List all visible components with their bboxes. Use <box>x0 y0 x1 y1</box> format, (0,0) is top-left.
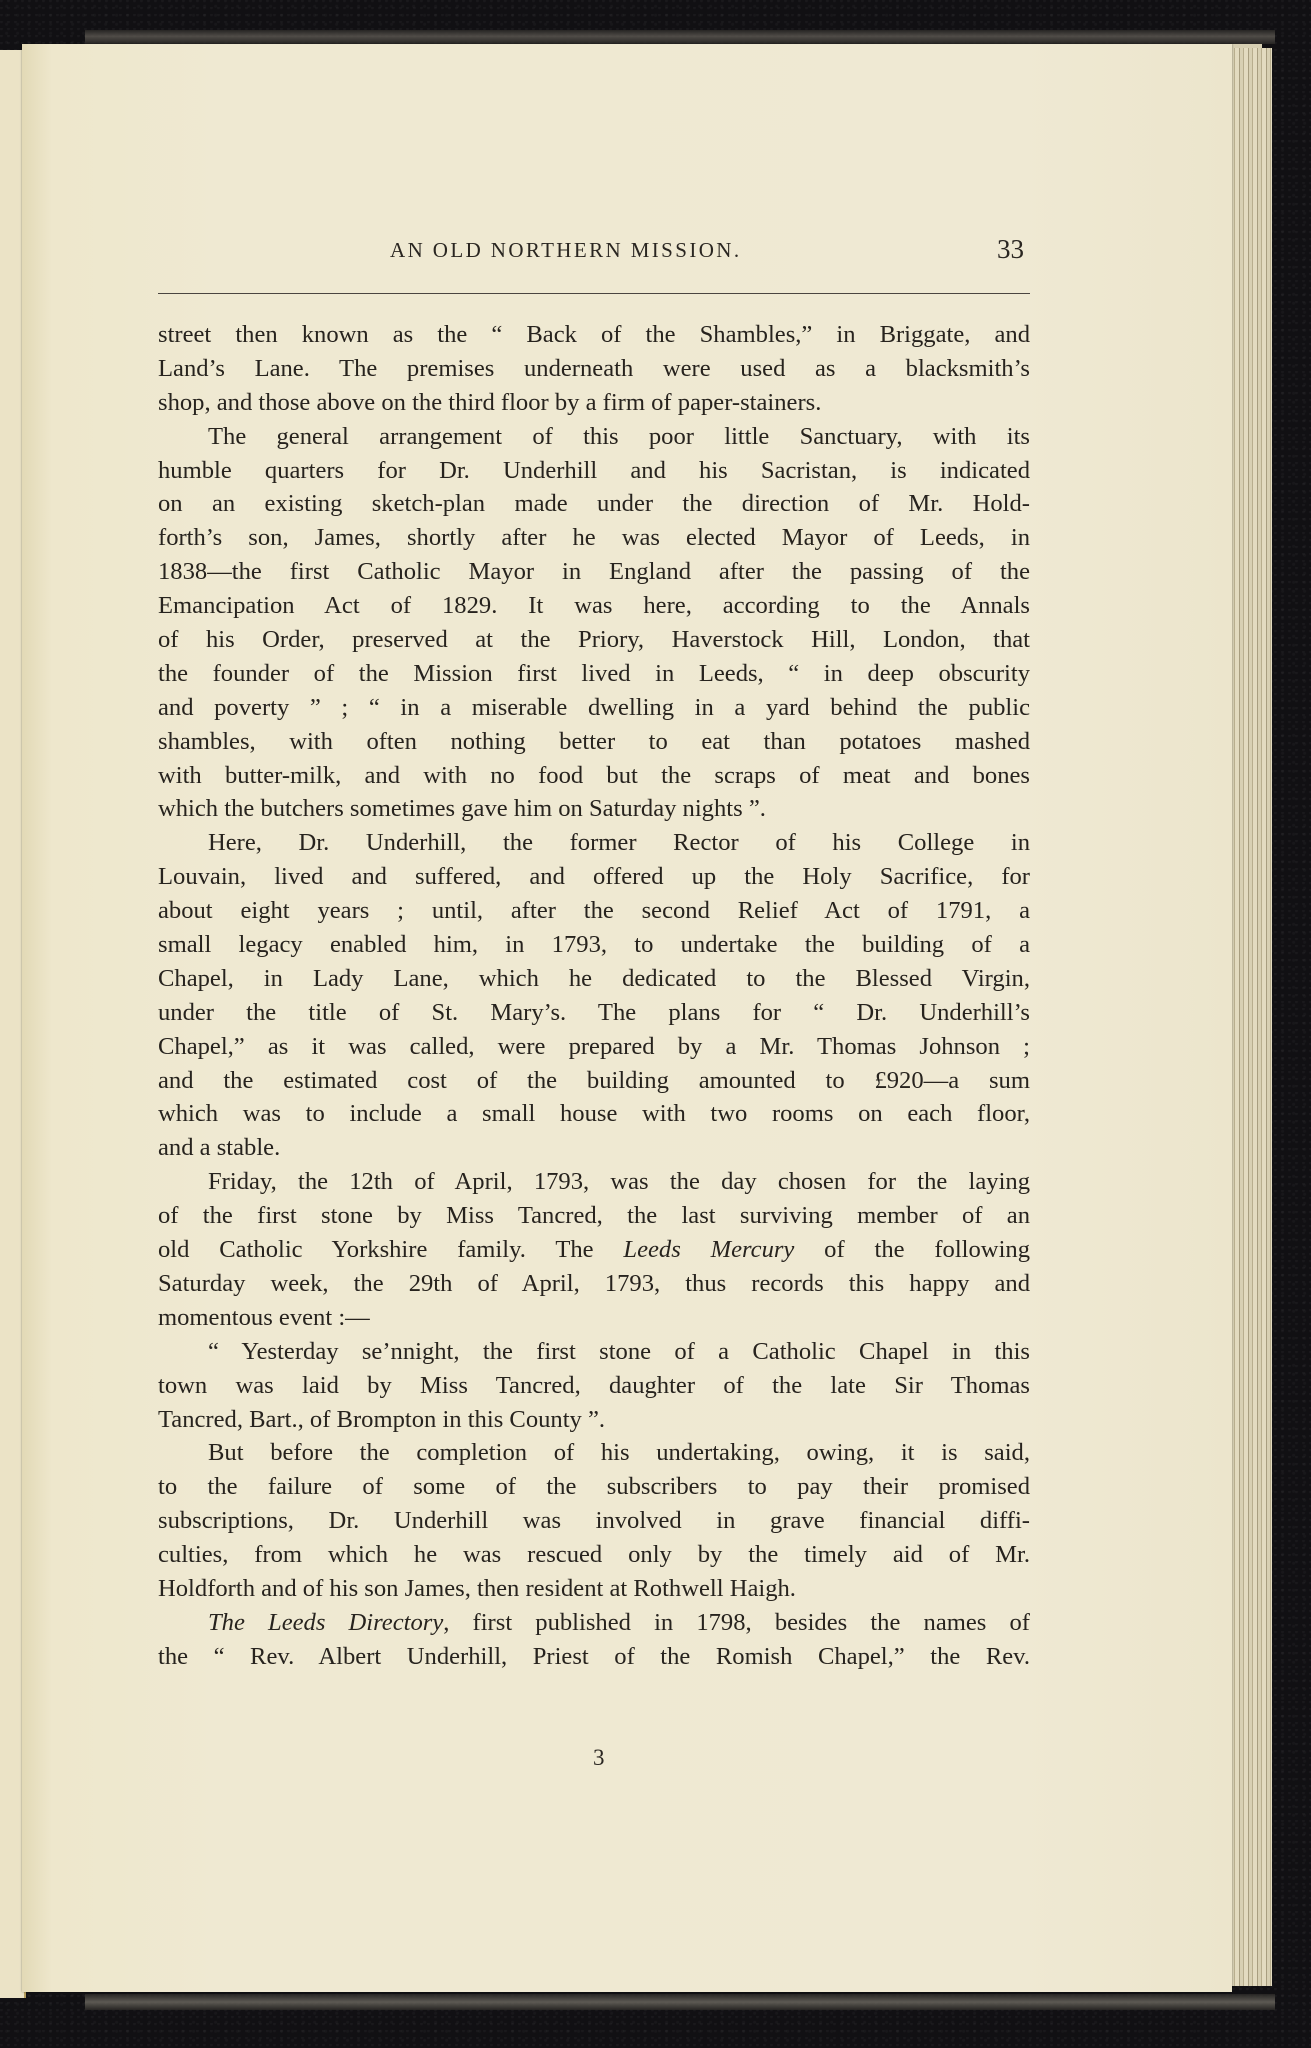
page-number: 33 <box>997 234 1024 265</box>
text-line: the founder of the Mission first lived i… <box>158 657 1030 691</box>
text-segment: , first published in 1798, besides the n… <box>443 1609 1030 1636</box>
text-line: with butter-milk, and with no food but t… <box>158 759 1030 793</box>
text-line: The Leeds Directory, first published in … <box>158 1606 1030 1640</box>
board-edge-top <box>85 30 1275 44</box>
text-segment: of the following <box>794 1236 1030 1263</box>
text-line: But before the completion of his underta… <box>158 1436 1030 1470</box>
text-line: the “ Rev. Albert Underhill, Priest of t… <box>158 1640 1030 1674</box>
text-line: subscriptions, Dr. Underhill was involve… <box>158 1504 1030 1538</box>
text-line: momentous event :— <box>158 1301 1030 1335</box>
text-line: of the first stone by Miss Tancred, the … <box>158 1199 1030 1233</box>
text-line: under the title of St. Mary’s. The plans… <box>158 996 1030 1030</box>
text-line: Chapel, in Lady Lane, which he dedicated… <box>158 962 1030 996</box>
text-line: Emancipation Act of 1829. It was here, a… <box>158 589 1030 623</box>
text-line: culties, from which he was rescued only … <box>158 1538 1030 1572</box>
text-line: on an existing sketch-plan made under th… <box>158 487 1030 521</box>
text-line: Holdforth and of his son James, then res… <box>158 1572 1030 1606</box>
text-line: about eight years ; until, after the sec… <box>158 894 1030 928</box>
text-line: Tancred, Bart., of Brompton in this Coun… <box>158 1403 1030 1437</box>
text-line: Here, Dr. Underhill, the former Rector o… <box>158 826 1030 860</box>
text-line: small legacy enabled him, in 1793, to un… <box>158 928 1030 962</box>
running-title: AN OLD NORTHERN MISSION. <box>390 238 742 263</box>
running-header: AN OLD NORTHERN MISSION. 33 <box>158 232 1030 272</box>
text-line: shambles, with often nothing better to e… <box>158 725 1030 759</box>
text-line: and a stable. <box>158 1131 1030 1165</box>
italic-title: The Leeds Directory <box>208 1609 443 1636</box>
text-line: old Catholic Yorkshire family. The Leeds… <box>158 1233 1030 1267</box>
text-line: of his Order, preserved at the Priory, H… <box>158 623 1030 657</box>
text-line: “ Yesterday se’nnight, the first stone o… <box>158 1335 1030 1369</box>
text-line: Chapel,” as it was called, were prepared… <box>158 1030 1030 1064</box>
text-line: Saturday week, the 29th of April, 1793, … <box>158 1267 1030 1301</box>
text-line: humble quarters for Dr. Underhill and hi… <box>158 454 1030 488</box>
text-line: town was laid by Miss Tancred, daughter … <box>158 1369 1030 1403</box>
text-line: and poverty ” ; “ in a miserable dwellin… <box>158 691 1030 725</box>
text-line: which the butchers sometimes gave him on… <box>158 792 1030 826</box>
text-line: and the estimated cost of the building a… <box>158 1064 1030 1098</box>
text-line: 1838—the first Catholic Mayor in England… <box>158 555 1030 589</box>
text-line: Land’s Lane. The premises underneath wer… <box>158 352 1030 386</box>
board-edge-bottom <box>85 1994 1275 2010</box>
text-line: forth’s son, James, shortly after he was… <box>158 521 1030 555</box>
body-text: street then known as the “ Back of the S… <box>158 318 1030 1674</box>
text-line: Friday, the 12th of April, 1793, was the… <box>158 1165 1030 1199</box>
text-line: street then known as the “ Back of the S… <box>158 318 1030 352</box>
text-line: to the failure of some of the subscriber… <box>158 1470 1030 1504</box>
text-line: shop, and those above on the third floor… <box>158 386 1030 420</box>
text-line: Louvain, lived and suffered, and offered… <box>158 860 1030 894</box>
italic-title: Leeds Mercury <box>623 1236 794 1263</box>
text-segment: old Catholic Yorkshire family. The <box>158 1236 623 1263</box>
text-line: which was to include a small house with … <box>158 1097 1030 1131</box>
text-line: The general arrangement of this poor lit… <box>158 420 1030 454</box>
signature-mark: 3 <box>593 1745 605 1771</box>
header-rule <box>158 293 1030 294</box>
